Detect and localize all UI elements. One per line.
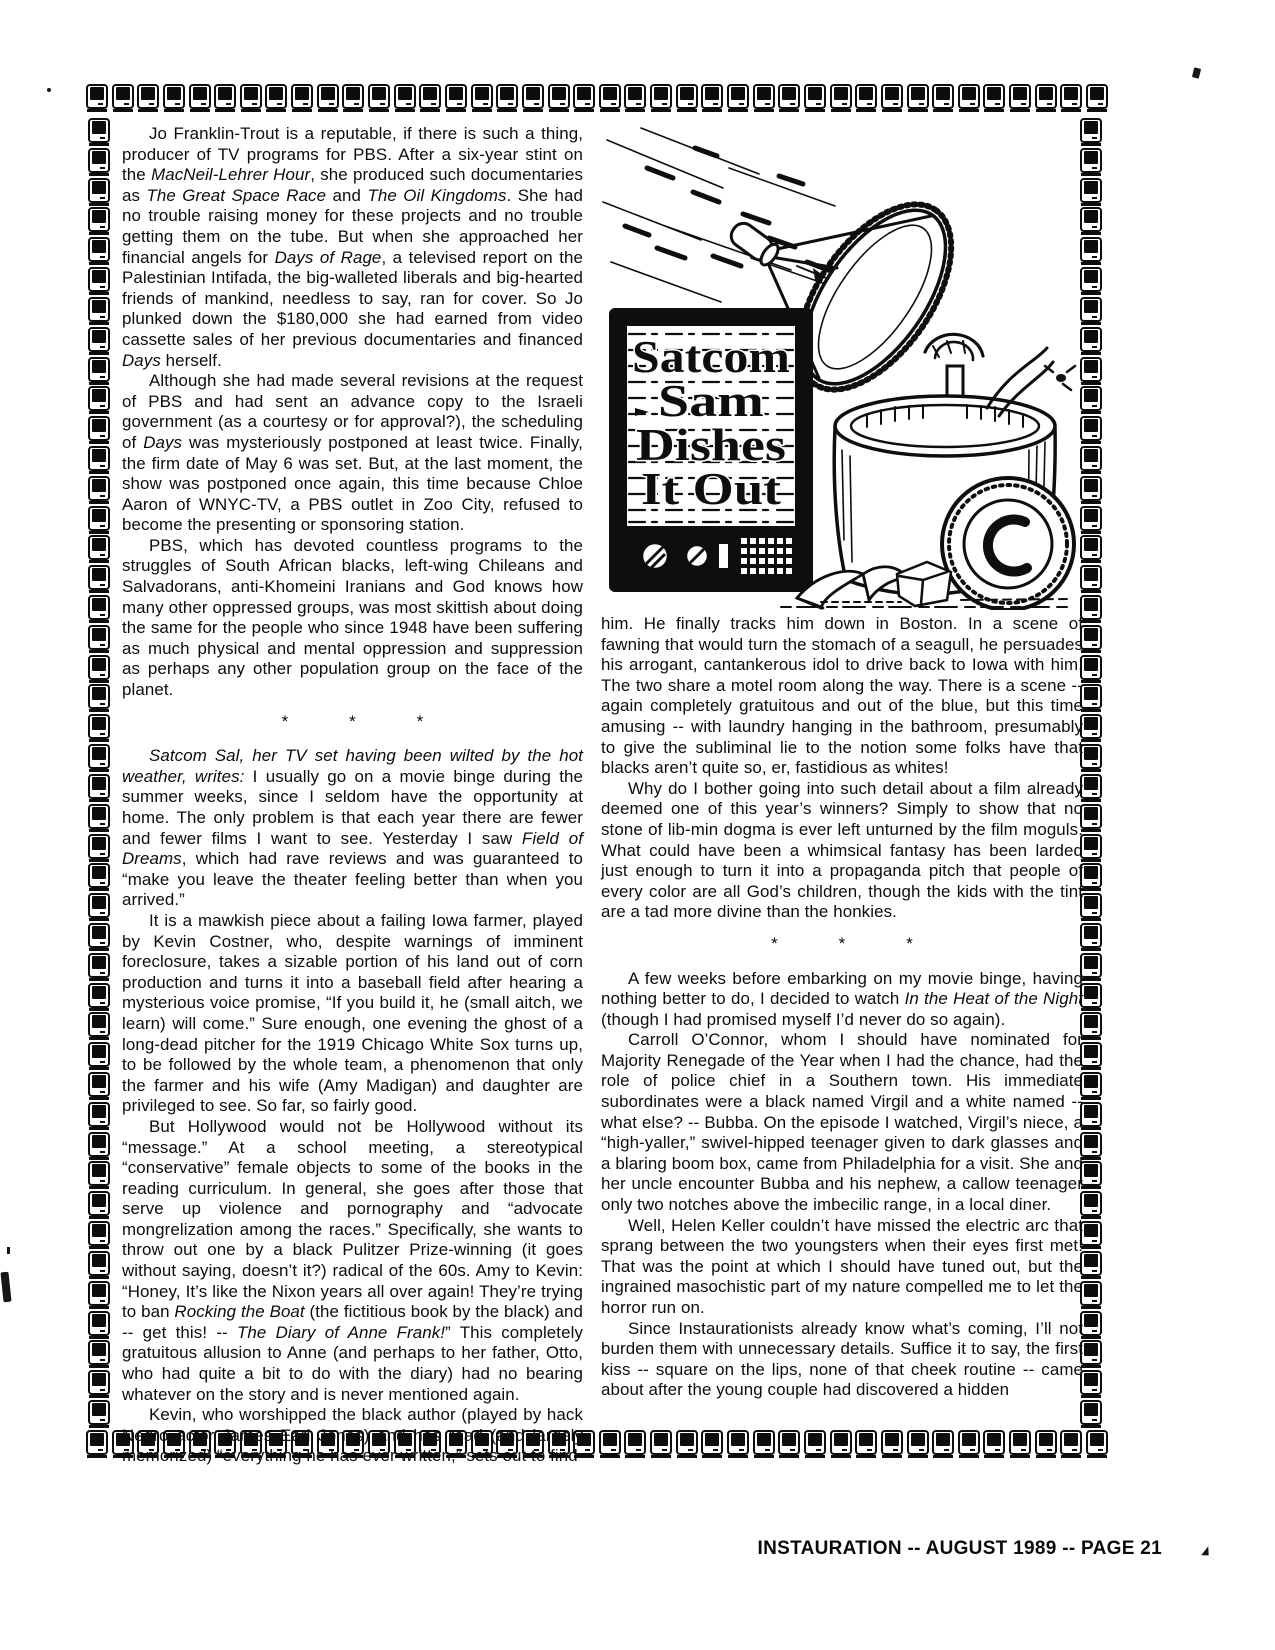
tv-border-icon — [88, 1161, 110, 1189]
tv-border-icon — [548, 84, 570, 112]
tv-border-icon — [1080, 953, 1102, 981]
tv-border-icon — [1080, 834, 1102, 862]
page-footer: INSTAURATION -- AUGUST 1989 -- PAGE 21 — [700, 1538, 1162, 1560]
tv-border-icon — [958, 84, 980, 112]
tv-border-icon — [88, 565, 110, 593]
tv-border-icon — [650, 84, 672, 112]
tv-border-icon — [88, 476, 110, 504]
tv-border-icon — [88, 1012, 110, 1040]
tv-border-icon — [1080, 1311, 1102, 1339]
tv-border-icon — [1080, 1012, 1102, 1040]
scan-artifact — [7, 1247, 10, 1254]
tv-border-icon — [471, 84, 493, 112]
tv-border-icon — [1080, 446, 1102, 474]
tv-border-icon — [907, 1430, 929, 1458]
tv-border-icon — [1080, 655, 1102, 683]
tv-border-icon — [88, 1132, 110, 1160]
tv-title-line-4: It Out — [641, 463, 782, 514]
article-column-left: Jo Franklin-Trout is a reputable, if the… — [122, 124, 583, 1467]
tv-border-icon — [88, 1251, 110, 1279]
tv-border-icon — [88, 595, 110, 623]
tv-border-icon — [88, 625, 110, 653]
tv-border-icon — [214, 84, 236, 112]
tv-border-icon — [1080, 535, 1102, 563]
tv-border-icon — [88, 714, 110, 742]
tv-border-icon — [676, 1430, 698, 1458]
tv-border-icon — [1080, 923, 1102, 951]
tv-border-icon — [1080, 1400, 1102, 1428]
tv-border-icon — [86, 1430, 108, 1458]
tv-border-icon — [573, 84, 595, 112]
tv-border-icon — [676, 84, 698, 112]
tv-border-icon — [1080, 684, 1102, 712]
tv-border-icon — [88, 267, 110, 295]
tv-border-icon — [881, 84, 903, 112]
tv-border-icon — [983, 1430, 1005, 1458]
tv-border-icon — [624, 1430, 646, 1458]
tv-border-icon — [624, 84, 646, 112]
scan-artifact — [0, 1272, 11, 1303]
tv-border-icon — [88, 357, 110, 385]
tv-border-icon — [88, 655, 110, 683]
scan-artifact — [1201, 1545, 1212, 1558]
tv-border-icon — [1080, 774, 1102, 802]
tv-border-icon — [88, 744, 110, 772]
tv-border-icon — [522, 84, 544, 112]
tv-border-icon — [1080, 983, 1102, 1011]
tv-border-icon — [1080, 506, 1102, 534]
tv-border-icon — [1080, 1161, 1102, 1189]
tv-border-icon — [650, 1430, 672, 1458]
tv-border-icon — [88, 297, 110, 325]
tv-border-icon — [753, 84, 775, 112]
tv-border-icon — [1080, 1251, 1102, 1279]
tv-border-icon — [1035, 84, 1057, 112]
tv-border-icon — [1009, 84, 1031, 112]
scan-artifact — [47, 88, 51, 92]
tv-border-icon — [958, 1430, 980, 1458]
tv-border-icon — [1086, 1430, 1108, 1458]
tv-border-icon — [342, 84, 364, 112]
tv-border-icon — [1080, 1191, 1102, 1219]
paragraph: Since Instaurationists already know what… — [601, 1319, 1083, 1401]
article-column-right-text: him. He finally tracks him down in Bosto… — [601, 614, 1083, 1401]
tv-border-icon — [753, 1430, 775, 1458]
tv-border-icon — [88, 386, 110, 414]
tv-border-icon — [88, 148, 110, 176]
paragraph: Well, Helen Keller couldn’t have missed … — [601, 1216, 1083, 1319]
tv-set: Satcom Sam Dishes It Out — [609, 308, 813, 592]
tv-border-icon — [701, 1430, 723, 1458]
fly-icon — [1045, 366, 1075, 390]
tv-border-icon — [88, 953, 110, 981]
border-left — [88, 118, 112, 1428]
tv-border-icon — [368, 84, 390, 112]
tv-border-icon — [599, 1430, 621, 1458]
tv-border-icon — [1080, 1370, 1102, 1398]
tv-border-icon — [88, 1400, 110, 1428]
trash-can-lid — [942, 478, 1074, 610]
tv-border-icon — [88, 118, 110, 146]
paragraph: Kevin, who worshipped the black author (… — [122, 1405, 583, 1467]
tv-border-icon — [419, 84, 441, 112]
tv-border-icon — [496, 84, 518, 112]
tv-border-icon — [88, 863, 110, 891]
tv-border-icon — [265, 84, 287, 112]
tv-border-icon — [88, 1072, 110, 1100]
paragraph: Why do I bother going into such detail a… — [601, 779, 1083, 923]
magazine-page: Jo Franklin-Trout is a reputable, if the… — [0, 0, 1275, 1650]
tv-border-icon — [1080, 565, 1102, 593]
tv-border-icon — [1060, 84, 1082, 112]
paragraph: Although she had made several revisions … — [122, 371, 583, 536]
tv-border-icon — [881, 1430, 903, 1458]
paragraph: A few weeks before embarking on my movie… — [601, 969, 1083, 1031]
tv-border-icon — [88, 506, 110, 534]
paragraph: him. He finally tracks him down in Bosto… — [601, 614, 1083, 779]
tv-border-icon — [88, 983, 110, 1011]
tv-border-icon — [1080, 1102, 1102, 1130]
tv-border-icon — [1009, 1430, 1031, 1458]
section-separator: * * * — [122, 712, 583, 733]
satcom-sam-illustration: Satcom Sam Dishes It Out — [601, 110, 1083, 610]
tv-border-icon — [1080, 863, 1102, 891]
tv-border-icon — [88, 178, 110, 206]
paragraph: Satcom Sal, her TV set having been wilte… — [122, 746, 583, 911]
paragraph: Carroll O’Connor, whom I should have nom… — [601, 1030, 1083, 1215]
tv-border-icon — [1080, 297, 1102, 325]
tv-border-icon — [88, 207, 110, 235]
tv-border-icon — [88, 1102, 110, 1130]
paragraph: It is a mawkish piece about a failing Io… — [122, 911, 583, 1117]
speed-lines — [603, 128, 837, 302]
tv-border-icon — [88, 1281, 110, 1309]
tv-border-icon — [1080, 416, 1102, 444]
tv-border-icon — [1080, 1042, 1102, 1070]
tv-border-icon — [1080, 893, 1102, 921]
tv-border-icon — [88, 1191, 110, 1219]
tv-border-icon — [88, 774, 110, 802]
border-right — [1080, 118, 1104, 1428]
tv-border-icon — [88, 684, 110, 712]
paragraph: PBS, which has devoted countless program… — [122, 536, 583, 701]
tv-border-icon — [1080, 714, 1102, 742]
tv-border-icon — [317, 84, 339, 112]
tv-border-icon — [727, 1430, 749, 1458]
tv-border-icon — [855, 1430, 877, 1458]
tv-border-icon — [907, 84, 929, 112]
tv-border-icon — [291, 84, 313, 112]
tv-border-icon — [88, 1311, 110, 1339]
tv-border-icon — [1080, 1132, 1102, 1160]
tv-border-icon — [88, 834, 110, 862]
tv-border-icon — [1080, 804, 1102, 832]
tv-border-icon — [830, 84, 852, 112]
tv-border-icon — [88, 923, 110, 951]
tv-border-icon — [1080, 1221, 1102, 1249]
tv-border-icon — [1080, 267, 1102, 295]
tv-border-icon — [88, 237, 110, 265]
tv-border-icon — [240, 84, 262, 112]
tv-border-icon — [727, 84, 749, 112]
tv-border-icon — [189, 84, 211, 112]
tv-border-icon — [1080, 1072, 1102, 1100]
tv-border-icon — [1080, 476, 1102, 504]
tv-border-icon — [1080, 386, 1102, 414]
tv-border-icon — [804, 1430, 826, 1458]
tv-border-icon — [163, 84, 185, 112]
tv-border-icon — [137, 84, 159, 112]
tv-border-icon — [778, 84, 800, 112]
paragraph: But Hollywood would not be Hollywood wit… — [122, 1117, 583, 1405]
tv-border-icon — [88, 535, 110, 563]
tv-border-icon — [932, 84, 954, 112]
article-column-right: Satcom Sam Dishes It Out — [601, 110, 1083, 1401]
tv-border-icon — [855, 84, 877, 112]
tv-border-icon — [112, 84, 134, 112]
tv-border-icon — [88, 327, 110, 355]
tv-border-icon — [701, 84, 723, 112]
tv-border-icon — [88, 804, 110, 832]
tv-border-icon — [88, 1042, 110, 1070]
tv-border-icon — [830, 1430, 852, 1458]
tv-border-icon — [88, 1221, 110, 1249]
tv-border-icon — [86, 84, 108, 112]
speed-dashes — [625, 148, 831, 271]
tv-border-icon — [1080, 357, 1102, 385]
tv-border-icon — [778, 1430, 800, 1458]
tv-border-icon — [88, 1370, 110, 1398]
tv-border-icon — [88, 1340, 110, 1368]
tv-border-icon — [445, 84, 467, 112]
tv-border-icon — [394, 84, 416, 112]
tv-border-icon — [1080, 327, 1102, 355]
scan-artifact — [1192, 67, 1201, 78]
tv-border-icon — [1035, 1430, 1057, 1458]
feed-horn — [727, 219, 782, 268]
tv-border-icon — [1080, 595, 1102, 623]
tv-border-icon — [1080, 148, 1102, 176]
tv-border-icon — [88, 446, 110, 474]
section-separator: * * * — [601, 934, 1083, 955]
tv-border-icon — [1080, 237, 1102, 265]
tv-border-icon — [1080, 1340, 1102, 1368]
tv-border-icon — [88, 416, 110, 444]
tv-border-icon — [932, 1430, 954, 1458]
tv-border-icon — [983, 84, 1005, 112]
tv-border-icon — [1080, 625, 1102, 653]
tv-border-icon — [1060, 1430, 1082, 1458]
tv-border-icon — [88, 893, 110, 921]
tv-border-icon — [1080, 1281, 1102, 1309]
tv-border-icon — [1080, 178, 1102, 206]
tv-border-icon — [599, 84, 621, 112]
tv-border-icon — [804, 84, 826, 112]
tv-border-icon — [1086, 84, 1108, 112]
tv-border-icon — [1080, 118, 1102, 146]
tv-border-icon — [1080, 207, 1102, 235]
tv-border-icon — [1080, 744, 1102, 772]
paragraph: Jo Franklin-Trout is a reputable, if the… — [122, 124, 583, 371]
